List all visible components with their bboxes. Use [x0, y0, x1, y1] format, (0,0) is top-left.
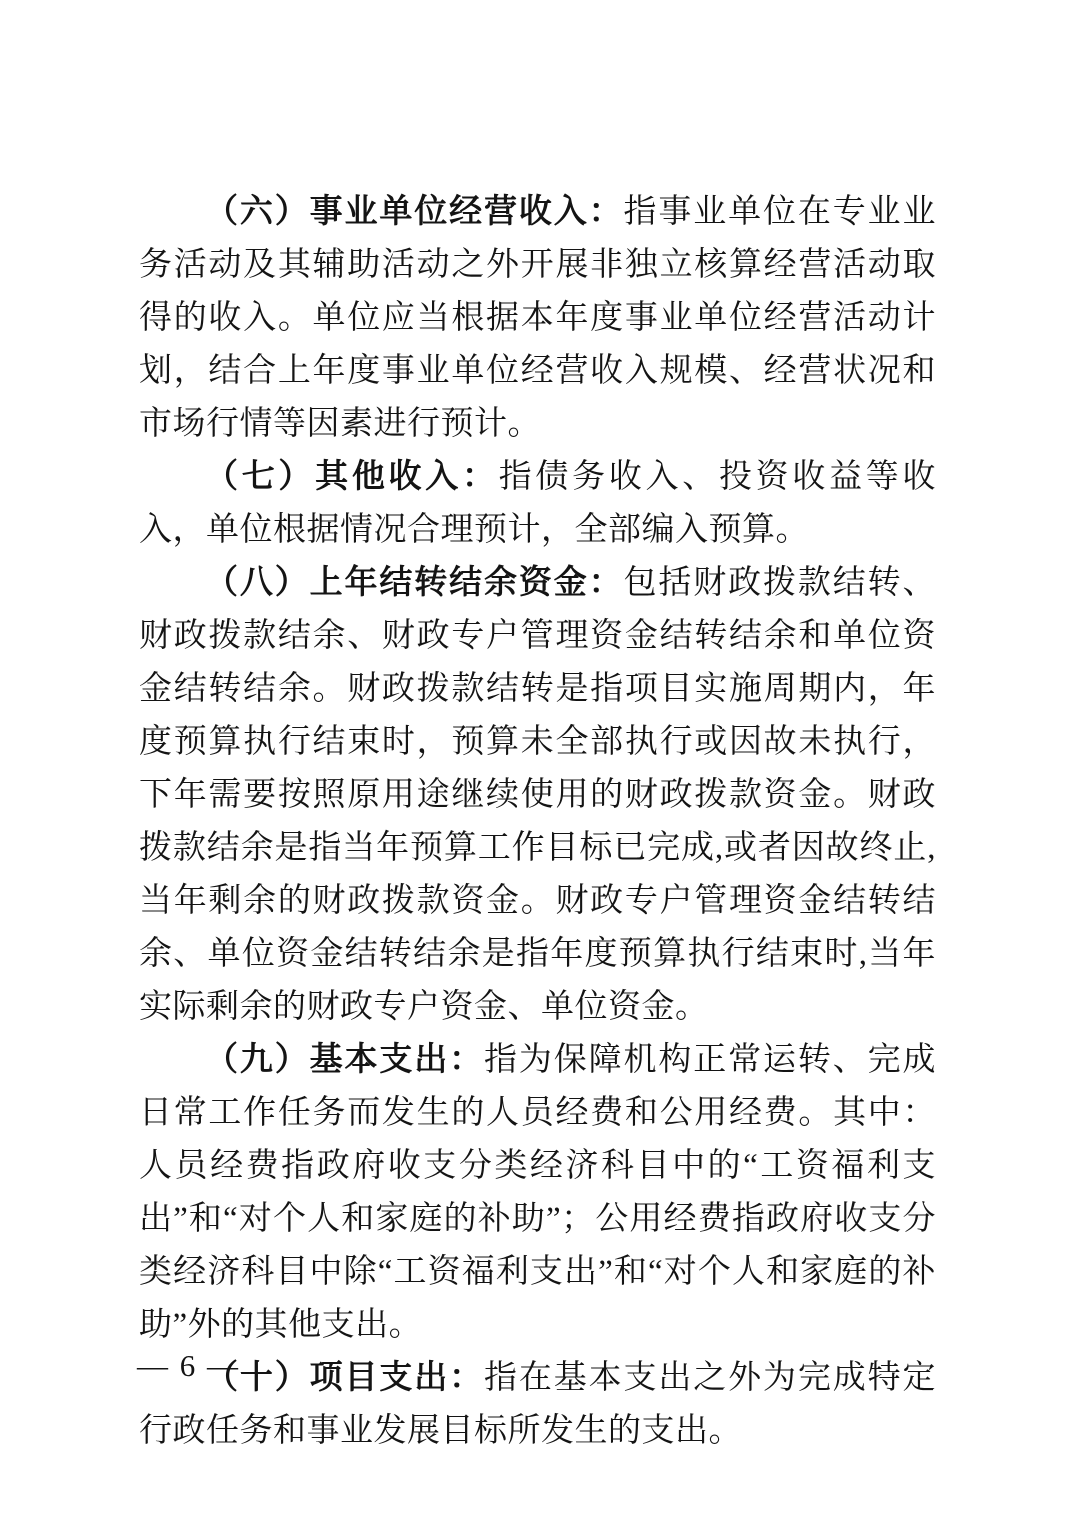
- document-page: （六）事业单位经营收入：指事业单位在专业业务活动及其辅助活动之外开展非独立核算经…: [0, 0, 1074, 1520]
- term-label: （七）其他收入：: [205, 459, 499, 495]
- paragraph-item-8: （八）上年结转结余资金：包括财政拨款结转、财政拨款结余、财政专户管理资金结转结余…: [139, 557, 936, 1034]
- paragraph-item-9: （九）基本支出：指为保障机构正常运转、完成日常工作任务而发生的人员经费和公用经费…: [139, 1034, 936, 1352]
- term-label: （九）基本支出：: [205, 1042, 484, 1078]
- paragraph-item-10: （十）项目支出：指在基本支出之外为完成特定行政任务和事业发展目标所发生的支出。: [139, 1352, 936, 1458]
- document-body: （六）事业单位经营收入：指事业单位在专业业务活动及其辅助活动之外开展非独立核算经…: [139, 186, 936, 1458]
- term-label: （六）事业单位经营收入：: [205, 194, 624, 230]
- page-number: — 6 —: [137, 1346, 240, 1386]
- paragraph-item-7: （七）其他收入：指债务收入、投资收益等收入，单位根据情况合理预计，全部编入预算。: [139, 451, 936, 557]
- term-definition: 包括财政拨款结转、财政拨款结余、财政专户管理资金结转结余和单位资金结转结余。财政…: [139, 565, 936, 1025]
- term-definition: 指为保障机构正常运转、完成日常工作任务而发生的人员经费和公用经费。其中：人员经费…: [139, 1042, 936, 1343]
- term-definition: 指事业单位在专业业务活动及其辅助活动之外开展非独立核算经营活动取得的收入。单位应…: [139, 194, 936, 442]
- term-label: （十）项目支出：: [205, 1360, 484, 1396]
- term-label: （八）上年结转结余资金：: [205, 565, 624, 601]
- paragraph-item-6: （六）事业单位经营收入：指事业单位在专业业务活动及其辅助活动之外开展非独立核算经…: [139, 186, 936, 451]
